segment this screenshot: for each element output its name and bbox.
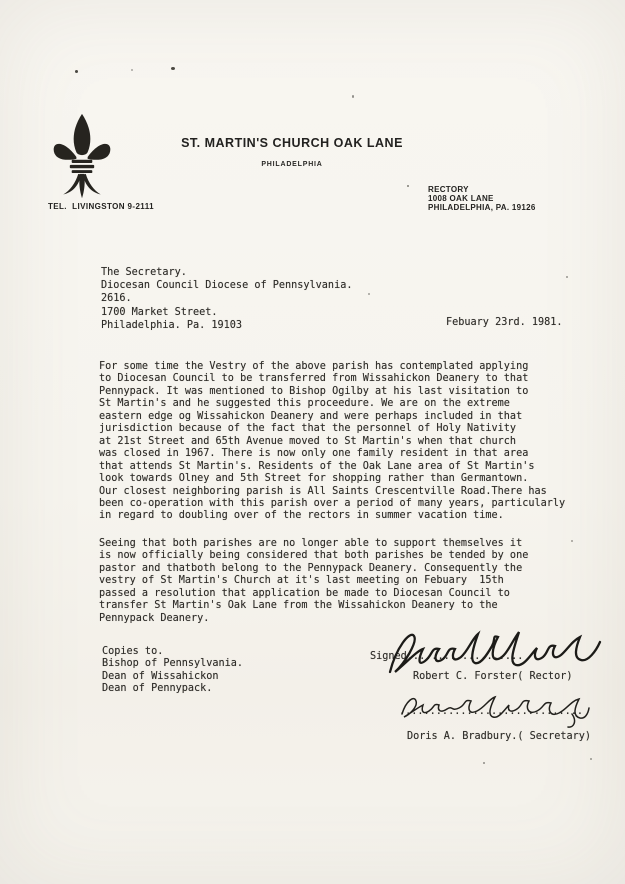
- scan-speck: [407, 185, 409, 187]
- scan-speck: [590, 758, 592, 760]
- body-paragraph-1: For some time the Vestry of the above pa…: [99, 361, 565, 523]
- copies-list: Copies to. Bishop of Pennsylvania. Dean …: [102, 646, 243, 696]
- letter-document: ST. MARTIN'S CHURCH OAK LANE PHILADELPHI…: [0, 0, 625, 884]
- church-name-title: ST. MARTIN'S CHURCH OAK LANE: [120, 136, 464, 150]
- body-paragraph-2: Seeing that both parishes are no longer …: [99, 538, 528, 625]
- scan-speck: [352, 95, 354, 98]
- telephone-line: TEL. LIVINGSTON 9-2111: [48, 202, 154, 211]
- scan-speck: [566, 276, 568, 278]
- signature-doris-bradbury: [396, 690, 594, 730]
- secretary-caption: Doris A. Bradbury.( Secretary): [407, 731, 591, 742]
- letterhead: ST. MARTIN'S CHURCH OAK LANE PHILADELPHI…: [120, 136, 464, 168]
- scan-speck: [131, 69, 133, 71]
- scan-speck: [483, 762, 485, 764]
- scan-speck: [75, 70, 78, 73]
- scan-speck: [368, 293, 370, 295]
- church-city-subtitle: PHILADELPHIA: [120, 161, 464, 168]
- letter-date: Febuary 23rd. 1981.: [446, 317, 563, 328]
- rector-caption: Robert C. Forster( Rector): [413, 671, 572, 682]
- rectory-address: RECTORY 1008 OAK LANE PHILADELPHIA, PA. …: [428, 185, 536, 212]
- scan-speck: [171, 67, 175, 70]
- recipient-address: The Secretary. Diocesan Council Diocese …: [101, 266, 352, 332]
- fleur-de-lis-icon: [52, 110, 112, 202]
- scan-speck: [571, 540, 573, 542]
